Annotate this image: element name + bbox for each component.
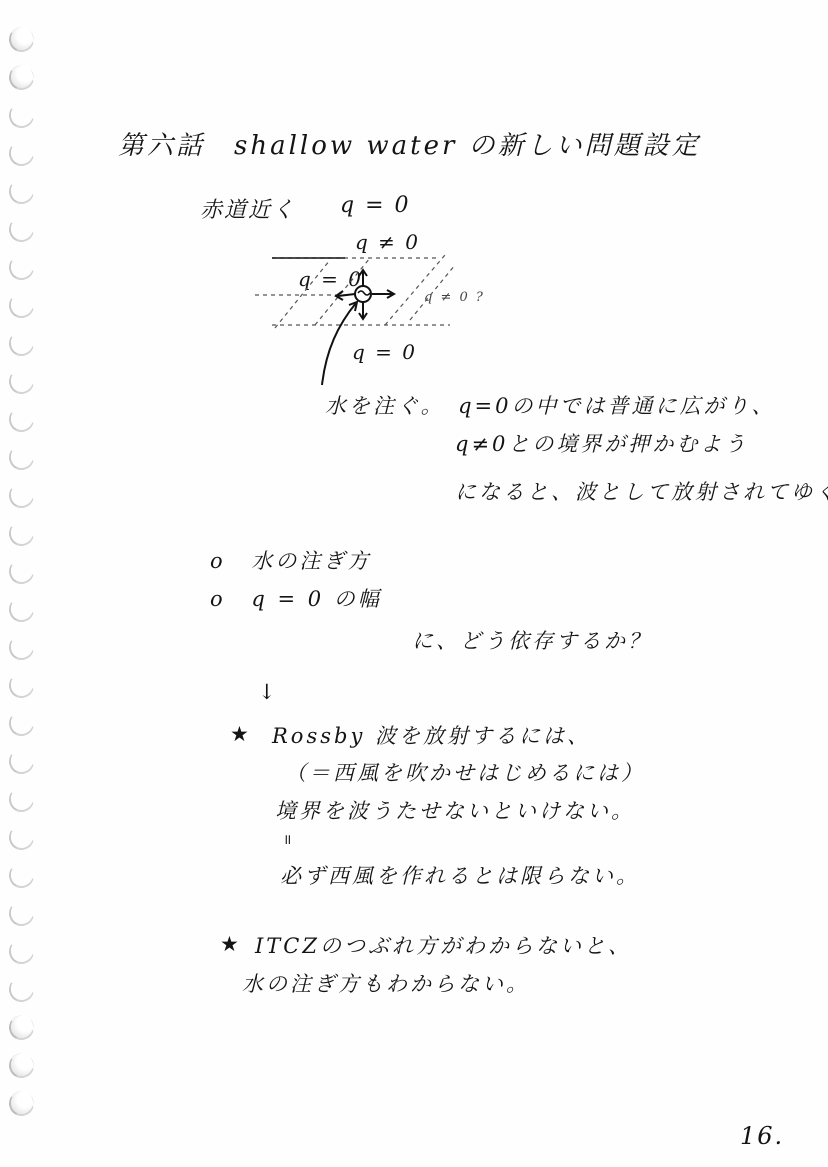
note-line-3: になると、波として放射されてゆく。 bbox=[455, 476, 828, 506]
star1-line-3: 境界を波うたせないといけない。 bbox=[275, 795, 635, 825]
bullet-text: q = 0 の幅 bbox=[251, 587, 381, 611]
star1-line-4: 必ず西風を作れるとは限らない。 bbox=[280, 860, 640, 890]
star-icon: ★ bbox=[230, 722, 252, 746]
page-number: 16. bbox=[740, 1122, 784, 1150]
bullet-1: o 水の注ぎ方 bbox=[210, 545, 371, 575]
notebook-page: 第六話 shallow water の新しい問題設定 赤道近く q = 0 q … bbox=[0, 0, 828, 1167]
dependence-question: に、どう依存するか？ bbox=[412, 625, 652, 655]
star1-line-1: Rossby 波を放射するには、 bbox=[272, 720, 591, 750]
star2-line-1: ITCZのつぶれ方がわからないと、 bbox=[255, 930, 632, 960]
star-icon: ★ bbox=[220, 932, 242, 956]
note-line-2: q≠0との境界が押かむよう bbox=[455, 428, 748, 458]
inflow-arrow bbox=[322, 303, 356, 385]
note-line-1: 水を注ぐ。 q=0の中では普通に広がり、 bbox=[325, 390, 775, 420]
bullet-marker: o bbox=[210, 549, 226, 573]
bullet-text: 水の注ぎ方 bbox=[251, 549, 371, 573]
star1-line-2: （＝西風を吹かせはじめるには） bbox=[285, 757, 645, 787]
down-arrow-icon: ↓ bbox=[258, 680, 279, 704]
star2-line-2: 水の注ぎ方もわからない。 bbox=[242, 968, 530, 998]
bullet-2: o q = 0 の幅 bbox=[210, 583, 382, 613]
bullet-marker: o bbox=[210, 587, 226, 611]
equals-sign: ॥ bbox=[283, 830, 293, 849]
